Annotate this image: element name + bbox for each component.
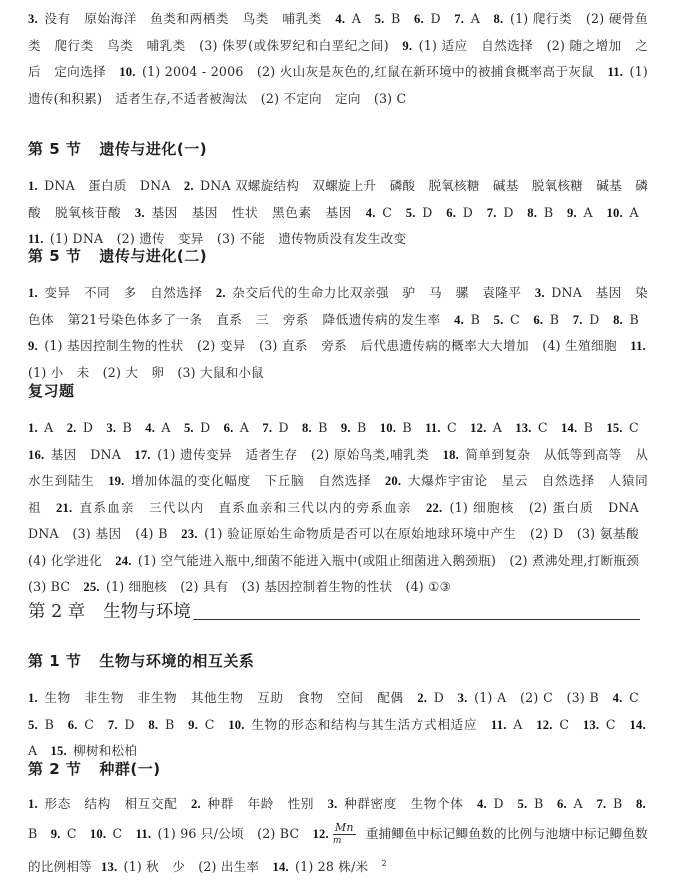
answer-text: B	[165, 717, 174, 732]
answer-text: (3) B	[567, 690, 600, 705]
answer-text: B	[402, 420, 411, 435]
answer-text: B	[318, 420, 327, 435]
answer-text: (2) D	[530, 526, 563, 541]
question-number: 16.	[28, 448, 44, 462]
answer-text: 定向	[335, 91, 361, 106]
answer-text: C	[382, 205, 392, 220]
question-number: 2.	[67, 421, 77, 435]
section-number: 第 2 节	[28, 760, 81, 778]
answer-text: B	[534, 796, 543, 811]
chapter-rule	[193, 619, 640, 620]
question-number: 3.	[328, 797, 338, 811]
question-number: 11.	[630, 339, 646, 353]
answer-text: D	[434, 690, 444, 705]
answer-text: 脱氧核糖	[532, 178, 583, 193]
answer-text: B	[123, 420, 132, 435]
section-heading: 第 5 节遗传与进化(二)	[28, 245, 648, 266]
answer-text: 配偶	[377, 690, 403, 705]
answer-text: B	[584, 420, 593, 435]
question-number: 10.	[606, 206, 622, 220]
fraction: Mnm	[333, 822, 356, 847]
fraction-denominator: m	[333, 835, 356, 847]
question-number: 3.	[535, 286, 545, 300]
answer-text: 不同	[84, 285, 110, 300]
answer-text: (2) 煮沸处理,打断瓶颈	[509, 553, 639, 568]
answer-text: (3) 基因控制着生物的性状	[242, 579, 393, 594]
section-review: 复习题 1. A 2. D 3. B 4. A 5. D 6. A 7. D 8…	[28, 380, 648, 601]
question-number: 8.	[636, 797, 646, 811]
section-heredity-evolution-1: 第 5 节遗传与进化(一) 1. DNA 蛋白质 DNA 2. DNA 双螺旋结…	[28, 138, 648, 253]
question-number: 9.	[28, 339, 38, 353]
answer-text: C	[538, 420, 548, 435]
answer-text: 原始海洋	[84, 11, 137, 26]
answer-text: 直系血亲和三代以内的旁系血亲	[218, 500, 411, 515]
question-number: 4.	[335, 12, 345, 26]
question-number: 9.	[402, 39, 412, 53]
answer-text: 定向选择	[54, 64, 106, 79]
answer-text: (3) BC	[28, 579, 70, 594]
answer-text: (1) 空气能进入瓶中,细菌不能进入瓶中(或阻止细菌进入鹅颈瓶)	[138, 553, 496, 568]
answer-text: C	[510, 312, 520, 327]
answer-text: 食物	[297, 690, 323, 705]
question-number: 5.	[375, 12, 385, 26]
question-number: 9.	[341, 421, 351, 435]
question-number: 9.	[51, 827, 61, 841]
answer-text: 遗传物质没有发生改变	[278, 231, 406, 246]
question-number: 5.	[406, 206, 416, 220]
answer-text: 非生物	[84, 690, 124, 705]
answer-text: (1) 96 只/公顷	[158, 826, 244, 841]
answer-text: 适者生存	[245, 447, 297, 462]
question-number: 8.	[613, 313, 623, 327]
question-number: 9.	[567, 206, 577, 220]
answer-text: B	[391, 11, 400, 26]
answer-text: 磷酸	[390, 178, 416, 193]
question-number: 1.	[28, 179, 38, 193]
answer-text: (2) 蛋白质	[529, 500, 594, 515]
answer-text: (2) BC	[257, 826, 299, 841]
question-number: 2.	[191, 797, 201, 811]
question-number: 1.	[28, 286, 38, 300]
section-title-text: 种群(一)	[99, 760, 160, 778]
question-number: 6.	[446, 206, 456, 220]
answer-text: (1) 验证原始生命物质是否可以在原始地球环境中产生	[204, 526, 516, 541]
answer-text: A	[493, 420, 502, 435]
question-number: 19.	[108, 474, 124, 488]
question-number: 8.	[148, 718, 158, 732]
answer-text: D	[124, 717, 134, 732]
answer-text: 碱基	[596, 178, 622, 193]
answer-text: 哺乳类	[282, 11, 321, 26]
question-number: 3.	[28, 12, 38, 26]
answer-text: DNA	[140, 178, 171, 193]
answer-text: 自然选择	[318, 473, 371, 488]
answer-text: (2) 随之增加	[547, 38, 622, 53]
answer-text: 下丘脑	[264, 473, 304, 488]
section-interrelation: 第 1 节生物与环境的相互关系 1. 生物 非生物 非生物 其他生物 互助 食物…	[28, 650, 648, 765]
answer-text: 从低等到高等	[544, 447, 622, 462]
answer-text: (2) 原始鸟类,哺乳类	[311, 447, 429, 462]
question-number: 14.	[272, 860, 288, 874]
answer-text: 黑色素	[272, 205, 312, 220]
answer-text: A	[471, 11, 480, 26]
answer-text: 星云	[501, 473, 528, 488]
question-number: 20.	[385, 474, 401, 488]
question-number: 7.	[573, 313, 583, 327]
question-number: 11.	[491, 718, 507, 732]
answer-text: C	[67, 826, 77, 841]
question-number: 4.	[477, 797, 487, 811]
answer-text: (1) 细胞核	[450, 500, 515, 515]
answers-after-fraction: 13. (1) 秋 少 (2) 出生率 14. (1) 28 株/米	[101, 859, 382, 874]
section-title-text: 遗传与进化(一)	[99, 140, 207, 158]
question-number: 1.	[28, 421, 38, 435]
answer-text: 鸟类	[243, 11, 269, 26]
chapter-title-text: 生物与环境	[103, 598, 191, 623]
section-population-1: 第 2 节种群(一) 1. 形态 结构 相互交配 2. 种群 年龄 性别 3. …	[28, 758, 648, 882]
answer-text: (2) 出生率	[198, 859, 259, 874]
question-number: 15.	[51, 744, 67, 758]
answer-text: 脱氧核糖	[428, 178, 479, 193]
fraction-numerator: Mn	[333, 822, 356, 835]
answer-text: 性别	[288, 796, 314, 811]
question-number: 14.	[629, 718, 645, 732]
question-number: 4.	[613, 691, 623, 705]
answer-text: A	[28, 743, 37, 758]
answer-text: DNA	[44, 178, 75, 193]
question-number: 6.	[533, 313, 543, 327]
answer-text: D	[463, 205, 473, 220]
section-title-text: 复习题	[28, 382, 75, 400]
question-number: 7.	[596, 797, 606, 811]
answer-text: C	[113, 826, 123, 841]
answer-text: (1) 秋	[124, 859, 159, 874]
answer-text: 简单到复杂	[465, 447, 530, 462]
answer-text: B	[357, 420, 366, 435]
section-number: 第 5 节	[28, 247, 81, 265]
section-title-text: 生物与环境的相互关系	[99, 652, 254, 670]
chapter-heading: 第 2 章 生物与环境	[28, 598, 640, 623]
question-number: 8.	[494, 12, 504, 26]
answer-text: 生物	[44, 690, 70, 705]
answer-text: D	[278, 420, 288, 435]
answer-text: A	[44, 420, 53, 435]
question-number: 14.	[561, 421, 577, 435]
answer-text: 驴	[403, 285, 416, 300]
answer-text: 种群	[208, 796, 234, 811]
answer-text: 没有	[44, 11, 70, 26]
answer-text: A	[629, 205, 638, 220]
answer-text: 旁系	[321, 338, 347, 353]
section-heading: 第 2 节种群(一)	[28, 758, 648, 779]
question-number: 5.	[184, 421, 194, 435]
answer-text: 袁隆平	[482, 285, 521, 300]
answer-text: 降低遗传病的发生率	[322, 312, 440, 327]
answer-text: 旁系	[283, 312, 309, 327]
answer-text: B	[471, 312, 480, 327]
question-number: 23.	[181, 527, 197, 541]
answer-text: 多	[124, 285, 137, 300]
answer-text: (2) 大	[103, 365, 138, 380]
question-number: 8.	[527, 206, 537, 220]
answer-text: D	[589, 312, 599, 327]
answer-text: 相互交配	[125, 796, 178, 811]
answer-text: (1) 细胞核	[106, 579, 167, 594]
question-number: 18.	[443, 448, 459, 462]
question-number: 6.	[557, 797, 567, 811]
answer-text: (1) 小	[28, 365, 63, 380]
answer-text: B	[629, 312, 638, 327]
question-number: 2.	[184, 179, 194, 193]
answer-text: 第21号染色体多了一条	[68, 312, 203, 327]
question-number: 7.	[108, 718, 118, 732]
answers-paragraph: 3. 没有 原始海洋 鱼类和两栖类 鸟类 哺乳类 4. A 5. B 6. D …	[28, 6, 648, 112]
answer-text: 基因	[151, 205, 178, 220]
answer-text: DNA 双螺旋结构	[200, 178, 299, 193]
answer-text: 少	[172, 859, 185, 874]
answer-text: (4) B	[135, 526, 167, 541]
answer-text: 后代患遗传病的概率大大增加	[361, 338, 529, 353]
question-number: 12.	[470, 421, 486, 435]
answer-text: 自然选择	[150, 285, 202, 300]
answer-text: B	[550, 312, 559, 327]
answer-text: (3) 不能	[217, 231, 265, 246]
answer-text: B	[544, 205, 553, 220]
answer-text: 年龄	[248, 796, 274, 811]
chapter-number: 第 2 章	[28, 598, 85, 623]
answer-text: DNA	[608, 500, 639, 515]
answer-text: B	[45, 717, 54, 732]
answer-text: 鸟类	[107, 38, 133, 53]
question-number: 7.	[454, 12, 464, 26]
question-number: 6.	[68, 718, 78, 732]
answer-text: (4) 生殖细胞	[542, 338, 617, 353]
answer-text: A	[161, 420, 170, 435]
answer-text: C	[629, 690, 639, 705]
answer-text: (3) 侏罗(或侏罗纪和白垩纪之间)	[199, 38, 389, 53]
answer-text: 杂交后代的生命力比双亲强	[232, 285, 389, 300]
answer-text: 直系	[216, 312, 242, 327]
question-number: 5.	[28, 718, 38, 732]
question-number: 10.	[119, 65, 135, 79]
answer-text: 骡	[456, 285, 469, 300]
answer-text: DNA	[28, 526, 59, 541]
answer-text: (2) C	[520, 690, 553, 705]
question-number: 5.	[517, 797, 527, 811]
answer-text: 哺乳类	[147, 38, 186, 53]
answer-text: 基因	[326, 205, 353, 220]
section-number: 第 1 节	[28, 652, 81, 670]
answer-text: 互助	[257, 690, 283, 705]
question-number: 11.	[28, 232, 44, 246]
answer-text: (1) 爬行类	[510, 11, 572, 26]
answer-text: C	[559, 717, 569, 732]
answers-paragraph: 1. A 2. D 3. B 4. A 5. D 6. A 7. D 8. B …	[28, 415, 648, 601]
answers-paragraph: 1. 形态 结构 相互交配 2. 种群 年龄 性别 3. 种群密度 生物个体 4…	[28, 789, 648, 882]
answer-text: 形态	[44, 796, 70, 811]
question-number: 10.	[380, 421, 396, 435]
question-number: 1.	[28, 691, 38, 705]
question-number: 9.	[188, 718, 198, 732]
answer-text: 空间	[337, 690, 363, 705]
question-number: 11.	[136, 827, 152, 841]
answer-text: DNA	[90, 447, 121, 462]
question-number: 13.	[583, 718, 599, 732]
answer-text: 生物的形态和结构与其生活方式相适应	[251, 717, 477, 732]
answer-text: 种群密度	[344, 796, 397, 811]
answer-text: (4) ①③	[405, 579, 451, 594]
answer-text: A	[240, 420, 249, 435]
answer-text: (1) 基因控制生物的性状	[44, 338, 183, 353]
question-number: 21.	[56, 501, 72, 515]
answer-text: (1) 28 株/米	[295, 859, 368, 874]
answer-text: C	[606, 717, 616, 732]
answer-text: DNA	[551, 285, 582, 300]
answers-paragraph: 1. 生物 非生物 非生物 其他生物 互助 食物 空间 配偶 2. D 3. (…	[28, 685, 648, 765]
answer-text: (1) 2004 - 2006	[142, 64, 244, 79]
answers-paragraph: 1. 变异 不同 多 自然选择 2. 杂交后代的生命力比双亲强 驴 马 骡 袁隆…	[28, 280, 648, 386]
question-number: 22.	[426, 501, 442, 515]
question-number: 11.	[608, 65, 624, 79]
answer-text: 增加体温的变化幅度	[131, 473, 251, 488]
answer-text: 基因	[192, 205, 219, 220]
question-number: 10.	[228, 718, 244, 732]
question-number: 4.	[454, 313, 464, 327]
answer-text: (3) C	[374, 91, 406, 106]
answer-text: 非生物	[138, 690, 178, 705]
answer-text: (2) 火山灰是灰色的,红鼠在新环境中的被捕食概率高于灰鼠	[257, 64, 594, 79]
question-number: 10.	[90, 827, 106, 841]
answer-text: 基因	[51, 447, 77, 462]
question-number: 2.	[417, 691, 427, 705]
section-number: 第 5 节	[28, 140, 81, 158]
answer-text: 马	[429, 285, 442, 300]
question-number: 5.	[494, 313, 504, 327]
answer-text: 碱基	[493, 178, 519, 193]
answer-text: 三代以内	[149, 500, 204, 515]
question-number: 4.	[145, 421, 155, 435]
answer-text: (3) 大鼠和小鼠	[177, 365, 264, 380]
answer-text: D	[83, 420, 93, 435]
question-number: 25.	[83, 580, 99, 594]
answer-text: D	[503, 205, 513, 220]
question-number: 12.	[536, 718, 552, 732]
section-heading: 第 5 节遗传与进化(一)	[28, 138, 648, 159]
answer-text: C	[84, 717, 94, 732]
answer-text: 自然选择	[481, 38, 533, 53]
answer-text: C	[447, 420, 457, 435]
answer-text: (1) 适应	[419, 38, 468, 53]
answer-text: A	[513, 717, 522, 732]
answer-text: (1) A	[474, 690, 506, 705]
section-title-text: 遗传与进化(二)	[99, 247, 207, 265]
question-number: 7.	[262, 421, 272, 435]
question-number: 13.	[101, 860, 117, 874]
answer-text: C	[629, 420, 639, 435]
answer-text: (1) DNA	[50, 231, 103, 246]
answers-paragraph: 1. DNA 蛋白质 DNA 2. DNA 双螺旋结构 双螺旋上升 磷酸 脱氧核…	[28, 173, 648, 253]
question-number: 7.	[487, 206, 497, 220]
question-number: 4.	[366, 206, 376, 220]
answer-text: B	[28, 826, 37, 841]
answer-text: 结构	[85, 796, 111, 811]
answer-text: 变异	[178, 231, 204, 246]
question-number: 6.	[224, 421, 234, 435]
section-heading: 第 1 节生物与环境的相互关系	[28, 650, 648, 671]
superscript: 2	[382, 859, 387, 868]
answer-text: C	[205, 717, 215, 732]
answer-text: 变异	[44, 285, 70, 300]
answer-text: (2) 遗传	[117, 231, 165, 246]
answer-text: 蛋白质	[88, 178, 126, 193]
answer-text: 双螺旋上升	[312, 178, 376, 193]
answer-text: 直系血亲	[80, 500, 135, 515]
answer-text: 脱氧核苷酸	[55, 205, 121, 220]
question-number: 3.	[458, 691, 468, 705]
answer-text: 适者生存,不适者被淘汰	[115, 91, 247, 106]
question-number: 3.	[135, 206, 145, 220]
answer-text: 卵	[151, 365, 164, 380]
question-number: 15.	[606, 421, 622, 435]
answer-text: 未	[77, 365, 90, 380]
answer-text: A	[584, 205, 593, 220]
answer-text: 鱼类和两栖类	[150, 11, 229, 26]
answer-text: 柳树和松柏	[73, 743, 137, 758]
answer-text: 大爆炸宇宙论	[408, 473, 488, 488]
section-heading: 复习题	[28, 380, 648, 401]
question-number: 24.	[115, 554, 131, 568]
answer-text: A	[574, 796, 583, 811]
question-number: 12.	[313, 827, 329, 841]
answer-text: D	[494, 796, 504, 811]
answer-text: 性状	[232, 205, 259, 220]
answer-text: (3) 基因	[72, 526, 121, 541]
answer-text: D	[430, 11, 440, 26]
question-number: 1.	[28, 797, 38, 811]
question-number: 6.	[414, 12, 424, 26]
answer-text: (1) 遗传变异	[157, 447, 232, 462]
answer-text: (2) 变异	[197, 338, 246, 353]
question-number: 8.	[302, 421, 312, 435]
question-number: 17.	[134, 448, 150, 462]
answer-text: (2) 不定向	[261, 91, 322, 106]
answer-text: 自然选择	[542, 473, 595, 488]
answer-text: D	[200, 420, 210, 435]
answer-text: B	[613, 796, 622, 811]
answer-text: 三	[256, 312, 269, 327]
answer-text: 爬行类	[55, 38, 94, 53]
answer-text: (4) 化学进化	[28, 553, 102, 568]
answer-text: (3) 氨基酸	[577, 526, 639, 541]
answer-text: (2) 具有	[180, 579, 228, 594]
question-number: 2.	[216, 286, 226, 300]
answer-text: 其他生物	[191, 690, 244, 705]
answer-text: D	[422, 205, 432, 220]
question-number: 11.	[425, 421, 441, 435]
question-number: 13.	[515, 421, 531, 435]
answer-text: (3) 直系	[259, 338, 308, 353]
answer-text: 生物个体	[411, 796, 464, 811]
answer-text: 基因	[596, 285, 622, 300]
section-heredity-evolution-2: 第 5 节遗传与进化(二) 1. 变异 不同 多 自然选择 2. 杂交后代的生命…	[28, 245, 648, 386]
answer-text: A	[352, 11, 361, 26]
answers-block-top: 3. 没有 原始海洋 鱼类和两栖类 鸟类 哺乳类 4. A 5. B 6. D …	[28, 6, 648, 112]
question-number: 3.	[106, 421, 116, 435]
